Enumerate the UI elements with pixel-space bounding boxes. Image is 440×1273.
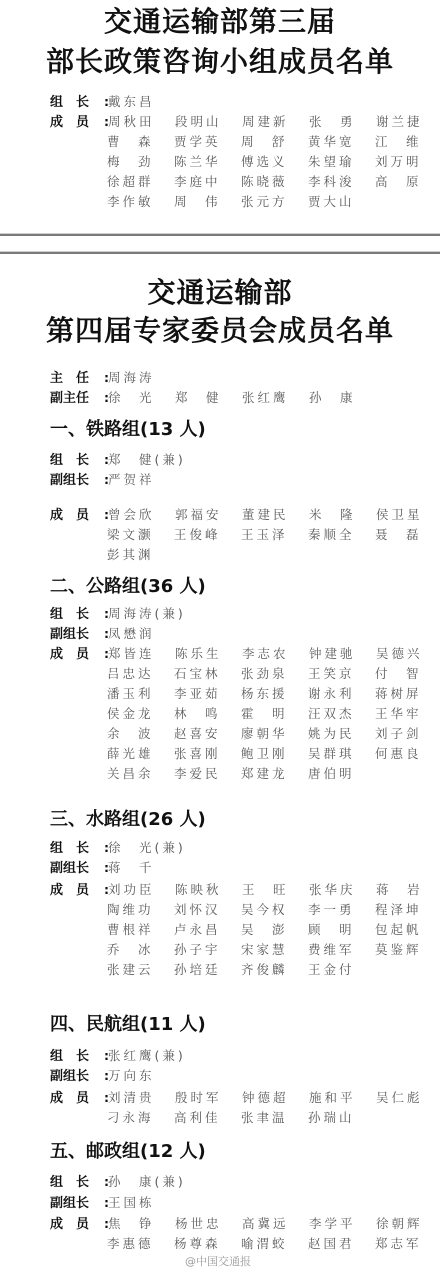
leader-name: 戴东昌 bbox=[108, 92, 175, 112]
member-name: 王玉泽 bbox=[241, 525, 308, 545]
member-name: 李庭中 bbox=[174, 172, 241, 192]
member-name: 王笑京 bbox=[308, 664, 375, 684]
highway-leader-row: 组 长:周海涛(兼) bbox=[50, 604, 186, 624]
member-name: 孙培廷 bbox=[174, 960, 241, 980]
member-name: 汪双杰 bbox=[308, 704, 375, 724]
member-name: 石宝林 bbox=[174, 664, 241, 684]
deputy-label: 副组长 bbox=[50, 625, 104, 645]
member-name: 陈乐生 bbox=[175, 644, 242, 664]
part1-members-row-4: 李作敏周 伟张元方贾大山 bbox=[107, 192, 375, 212]
member-name: 贾大山 bbox=[308, 192, 375, 212]
member-name: 吕忠达 bbox=[107, 664, 174, 684]
member-name: 郑志军 bbox=[375, 1234, 422, 1254]
member-name: 钟德超 bbox=[242, 1088, 309, 1108]
member-name: 张华庆 bbox=[309, 880, 376, 900]
member-name: 梁文灏 bbox=[107, 525, 174, 545]
member-name: 吴德兴 bbox=[376, 644, 423, 664]
member-name: 李作敏 bbox=[107, 192, 174, 212]
leader-name: 徐 光(兼) bbox=[108, 838, 186, 858]
leader-name: 郑 健(兼) bbox=[108, 450, 186, 470]
postal-group-heading: 五、邮政组(12 人) bbox=[50, 1140, 206, 1164]
member-name: 徐朝辉 bbox=[376, 1214, 423, 1234]
member-name: 张喜刚 bbox=[174, 744, 241, 764]
postal-members-row-0: 成 员: 焦 铮杨世忠高冀远李学平徐朝辉 bbox=[50, 1214, 423, 1234]
member-name: 宋家慧 bbox=[241, 940, 308, 960]
member-name: 王俊峰 bbox=[174, 525, 241, 545]
highway-members-row-3: 侯金龙林 鸣霍 明汪双杰王华牢 bbox=[107, 704, 422, 724]
member-name: 陈映秋 bbox=[175, 880, 242, 900]
part1-leader-row: 组 长:戴东昌 bbox=[50, 92, 175, 112]
civil-aviation-leader-row: 组 长:张红鹰(兼) bbox=[50, 1046, 186, 1066]
member-name: 梅 劲 bbox=[107, 152, 174, 172]
member-name: 聂 磊 bbox=[375, 525, 422, 545]
deputy-label: 副组长 bbox=[50, 1194, 104, 1214]
part1-members-row-2: 梅 劲陈兰华傅选义朱望瑜刘万明 bbox=[107, 152, 422, 172]
deputy-director-name: 徐 光 bbox=[108, 388, 175, 408]
deputy-label: 副组长 bbox=[50, 471, 104, 491]
civil-aviation-group-heading: 四、民航组(11 人) bbox=[50, 1013, 206, 1037]
member-name: 霍 明 bbox=[241, 704, 308, 724]
member-name: 周 舒 bbox=[241, 132, 308, 152]
railway-members-row-1: 梁文灏王俊峰王玉泽秦顺全聂 磊 bbox=[107, 525, 422, 545]
member-name: 陈兰华 bbox=[174, 152, 241, 172]
member-name: 李惠德 bbox=[107, 1234, 174, 1254]
railway-group-heading: 一、铁路组(13 人) bbox=[50, 418, 206, 442]
deputy-director-label: 副主任 bbox=[50, 389, 104, 409]
member-name: 杨尊森 bbox=[174, 1234, 241, 1254]
member-name: 喻渭蛟 bbox=[241, 1234, 308, 1254]
leader-label: 组 长 bbox=[50, 1173, 104, 1193]
member-name: 蒋树屏 bbox=[375, 684, 422, 704]
member-name: 张建云 bbox=[107, 960, 174, 980]
member-name: 李亚茹 bbox=[174, 684, 241, 704]
leader-label: 组 长 bbox=[50, 605, 104, 625]
member-name: 卢永昌 bbox=[174, 920, 241, 940]
member-name: 刘清贵 bbox=[108, 1088, 175, 1108]
member-name: 焦 铮 bbox=[108, 1214, 175, 1234]
member-name: 彭其渊 bbox=[107, 545, 174, 565]
member-name: 谢永利 bbox=[308, 684, 375, 704]
highway-members-row-1: 吕忠达石宝林张劲泉王笑京付 智 bbox=[107, 664, 422, 684]
member-name: 孙子宇 bbox=[174, 940, 241, 960]
waterway-leader-row: 组 长:徐 光(兼) bbox=[50, 838, 186, 858]
deputy-name: 蒋 千 bbox=[108, 858, 175, 878]
deputy-label: 副组长 bbox=[50, 859, 104, 879]
railway-leader-row: 组 长:郑 健(兼) bbox=[50, 450, 186, 470]
members-label: 成 员 bbox=[50, 113, 104, 133]
members-label: 成 员 bbox=[50, 881, 104, 901]
highway-members-row-0: 成 员: 郑皆连陈乐生李志农钟建驰吴德兴 bbox=[50, 644, 423, 664]
member-name: 蒋 岩 bbox=[376, 880, 423, 900]
member-name: 李爱民 bbox=[174, 764, 241, 784]
member-name: 米 隆 bbox=[309, 505, 376, 525]
member-name: 段明山 bbox=[175, 112, 242, 132]
member-name: 张聿温 bbox=[241, 1108, 308, 1128]
member-name: 黄华宽 bbox=[308, 132, 375, 152]
deputy-name: 万向东 bbox=[108, 1066, 175, 1086]
member-name: 姚为民 bbox=[308, 724, 375, 744]
member-name: 钟建驰 bbox=[309, 644, 376, 664]
member-name: 包起帆 bbox=[375, 920, 422, 940]
member-name: 程泽坤 bbox=[375, 900, 422, 920]
director-label: 主 任 bbox=[50, 369, 104, 389]
member-name: 周建新 bbox=[242, 112, 309, 132]
member-name: 曹 森 bbox=[107, 132, 174, 152]
highway-members-row-4: 余 波赵喜安廖朝华姚为民刘子剑 bbox=[107, 724, 422, 744]
member-name: 曾会欣 bbox=[108, 505, 175, 525]
member-name: 关昌余 bbox=[107, 764, 174, 784]
member-name: 廖朝华 bbox=[241, 724, 308, 744]
member-name: 吴今权 bbox=[241, 900, 308, 920]
member-name: 周秋田 bbox=[108, 112, 175, 132]
part2-title-line1: 交通运输部 bbox=[0, 275, 440, 311]
leader-name: 孙 康(兼) bbox=[108, 1172, 186, 1192]
part2-title-line2: 第四届专家委员会成员名单 bbox=[0, 313, 440, 349]
member-name: 何惠良 bbox=[375, 744, 422, 764]
member-name: 秦顺全 bbox=[308, 525, 375, 545]
member-name: 王金付 bbox=[308, 960, 375, 980]
member-name: 高冀远 bbox=[242, 1214, 309, 1234]
member-name: 李志农 bbox=[242, 644, 309, 664]
member-name: 吴仁彪 bbox=[376, 1088, 423, 1108]
member-name: 张元方 bbox=[241, 192, 308, 212]
member-name: 李科浚 bbox=[308, 172, 375, 192]
member-name: 殷时军 bbox=[175, 1088, 242, 1108]
leader-name: 周海涛(兼) bbox=[108, 604, 186, 624]
highway-members-row-5: 薛光雄张喜刚鲍卫刚吴群琪何惠良 bbox=[107, 744, 422, 764]
member-name: 刘功臣 bbox=[108, 880, 175, 900]
member-name: 杨东援 bbox=[241, 684, 308, 704]
member-name: 唐伯明 bbox=[308, 764, 375, 784]
civil-aviation-members-row-0: 成 员: 刘清贵殷时军钟德超施和平吴仁彪 bbox=[50, 1088, 423, 1108]
railway-members-row-0: 成 员: 曾会欣郭福安董建民米 隆侯卫星 bbox=[50, 505, 423, 525]
member-name: 吴群琪 bbox=[308, 744, 375, 764]
member-name: 杨世忠 bbox=[175, 1214, 242, 1234]
divider-line-bottom bbox=[0, 251, 440, 254]
waterway-members-row-4: 张建云孙培廷齐俊麟王金付 bbox=[107, 960, 375, 980]
civil-aviation-deputy-row: 副组长:万向东 bbox=[50, 1066, 175, 1086]
highway-deputy-row: 副组长:凤懋润 bbox=[50, 624, 175, 644]
deputy-director-name: 孙 康 bbox=[309, 388, 356, 408]
deputy-name: 凤懋润 bbox=[108, 624, 175, 644]
waterway-members-row-1: 陶维功刘怀汉吴今权李一勇程泽坤 bbox=[107, 900, 422, 920]
members-label: 成 员 bbox=[50, 506, 104, 526]
postal-leader-row: 组 长:孙 康(兼) bbox=[50, 1172, 186, 1192]
member-name: 赵喜安 bbox=[174, 724, 241, 744]
divider-line-top bbox=[0, 233, 440, 236]
part1-title-line1: 交通运输部第三届 bbox=[0, 4, 440, 40]
deputy-director-row: 副主任: 徐 光郑 健张红鹰孙 康 bbox=[50, 388, 356, 408]
leader-label: 组 长 bbox=[50, 93, 104, 113]
member-name: 高 原 bbox=[375, 172, 422, 192]
deputy-director-name: 张红鹰 bbox=[242, 388, 309, 408]
leader-label: 组 长 bbox=[50, 1047, 104, 1067]
railway-members-row-2: 彭其渊 bbox=[107, 545, 174, 565]
member-name: 陶维功 bbox=[107, 900, 174, 920]
members-label: 成 员 bbox=[50, 1215, 104, 1235]
member-name: 吴 澎 bbox=[241, 920, 308, 940]
member-name: 余 波 bbox=[107, 724, 174, 744]
member-name: 鲍卫刚 bbox=[241, 744, 308, 764]
highway-members-row-2: 潘玉利李亚茹杨东援谢永利蒋树屏 bbox=[107, 684, 422, 704]
director-name: 周海涛 bbox=[108, 368, 175, 388]
member-name: 朱望瑜 bbox=[308, 152, 375, 172]
waterway-group-heading: 三、水路组(26 人) bbox=[50, 808, 206, 832]
member-name: 费维军 bbox=[308, 940, 375, 960]
member-name: 曹根祥 bbox=[107, 920, 174, 940]
member-name: 潘玉利 bbox=[107, 684, 174, 704]
member-name: 施和平 bbox=[309, 1088, 376, 1108]
waterway-deputy-row: 副组长:蒋 千 bbox=[50, 858, 175, 878]
leader-name: 张红鹰(兼) bbox=[108, 1046, 186, 1066]
member-name: 张 勇 bbox=[309, 112, 376, 132]
member-name: 顾 明 bbox=[308, 920, 375, 940]
postal-members-row-1: 李惠德杨尊森喻渭蛟赵国君郑志军 bbox=[107, 1234, 422, 1254]
member-name: 江 维 bbox=[375, 132, 422, 152]
member-name: 刘怀汉 bbox=[174, 900, 241, 920]
member-name: 郭福安 bbox=[175, 505, 242, 525]
director-row: 主 任:周海涛 bbox=[50, 368, 175, 388]
waterway-members-row-0: 成 员: 刘功臣陈映秋王 旺张华庆蒋 岩 bbox=[50, 880, 423, 900]
member-name: 侯金龙 bbox=[107, 704, 174, 724]
member-name: 赵国君 bbox=[308, 1234, 375, 1254]
highway-members-row-6: 关昌余李爱民郑建龙唐伯明 bbox=[107, 764, 375, 784]
member-name: 付 智 bbox=[375, 664, 422, 684]
member-name: 薛光雄 bbox=[107, 744, 174, 764]
member-name: 张劲泉 bbox=[241, 664, 308, 684]
member-name: 莫鉴辉 bbox=[375, 940, 422, 960]
members-label: 成 员 bbox=[50, 1089, 104, 1109]
member-name: 王华牢 bbox=[375, 704, 422, 724]
leader-label: 组 长 bbox=[50, 451, 104, 471]
member-name: 郑皆连 bbox=[108, 644, 175, 664]
member-name: 李一勇 bbox=[308, 900, 375, 920]
part1-members-row-1: 曹 森贾学英周 舒黄华宽江 维 bbox=[107, 132, 422, 152]
deputy-label: 副组长 bbox=[50, 1067, 104, 1087]
member-name: 孙瑞山 bbox=[308, 1108, 375, 1128]
member-name: 王 旺 bbox=[242, 880, 309, 900]
deputy-name: 严贺祥 bbox=[108, 470, 175, 490]
member-name: 林 鸣 bbox=[174, 704, 241, 724]
waterway-members-row-2: 曹根祥卢永昌吴 澎顾 明包起帆 bbox=[107, 920, 422, 940]
member-name: 周 伟 bbox=[174, 192, 241, 212]
postal-deputy-row: 副组长:王国栋 bbox=[50, 1193, 175, 1213]
leader-label: 组 长 bbox=[50, 839, 104, 859]
part1-members-row-0: 成 员: 周秋田段明山周建新张 勇谢兰捷 bbox=[50, 112, 423, 132]
civil-aviation-members-row-1: 刁永海高利佳张聿温孙瑞山 bbox=[107, 1108, 375, 1128]
member-name: 徐超群 bbox=[107, 172, 174, 192]
member-name: 傅选义 bbox=[241, 152, 308, 172]
source-watermark: @中国交通报 bbox=[185, 1253, 251, 1269]
part1-members-row-3: 徐超群李庭中陈晓薇李科浚高 原 bbox=[107, 172, 422, 192]
member-name: 李学平 bbox=[309, 1214, 376, 1234]
member-name: 刘子剑 bbox=[375, 724, 422, 744]
member-name: 乔 冰 bbox=[107, 940, 174, 960]
member-name: 侯卫星 bbox=[376, 505, 423, 525]
member-name: 董建民 bbox=[242, 505, 309, 525]
members-label: 成 员 bbox=[50, 645, 104, 665]
member-name: 谢兰捷 bbox=[376, 112, 423, 132]
member-name: 贾学英 bbox=[174, 132, 241, 152]
member-name: 高利佳 bbox=[174, 1108, 241, 1128]
member-name: 齐俊麟 bbox=[241, 960, 308, 980]
railway-deputy-row: 副组长:严贺祥 bbox=[50, 470, 175, 490]
member-name: 刁永海 bbox=[107, 1108, 174, 1128]
member-name: 刘万明 bbox=[375, 152, 422, 172]
highway-group-heading: 二、公路组(36 人) bbox=[50, 575, 206, 599]
deputy-name: 王国栋 bbox=[108, 1193, 175, 1213]
waterway-members-row-3: 乔 冰孙子宇宋家慧费维军莫鉴辉 bbox=[107, 940, 422, 960]
part1-title-line2: 部长政策咨询小组成员名单 bbox=[0, 44, 440, 80]
member-name: 陈晓薇 bbox=[241, 172, 308, 192]
deputy-director-name: 郑 健 bbox=[175, 388, 242, 408]
member-name: 郑建龙 bbox=[241, 764, 308, 784]
